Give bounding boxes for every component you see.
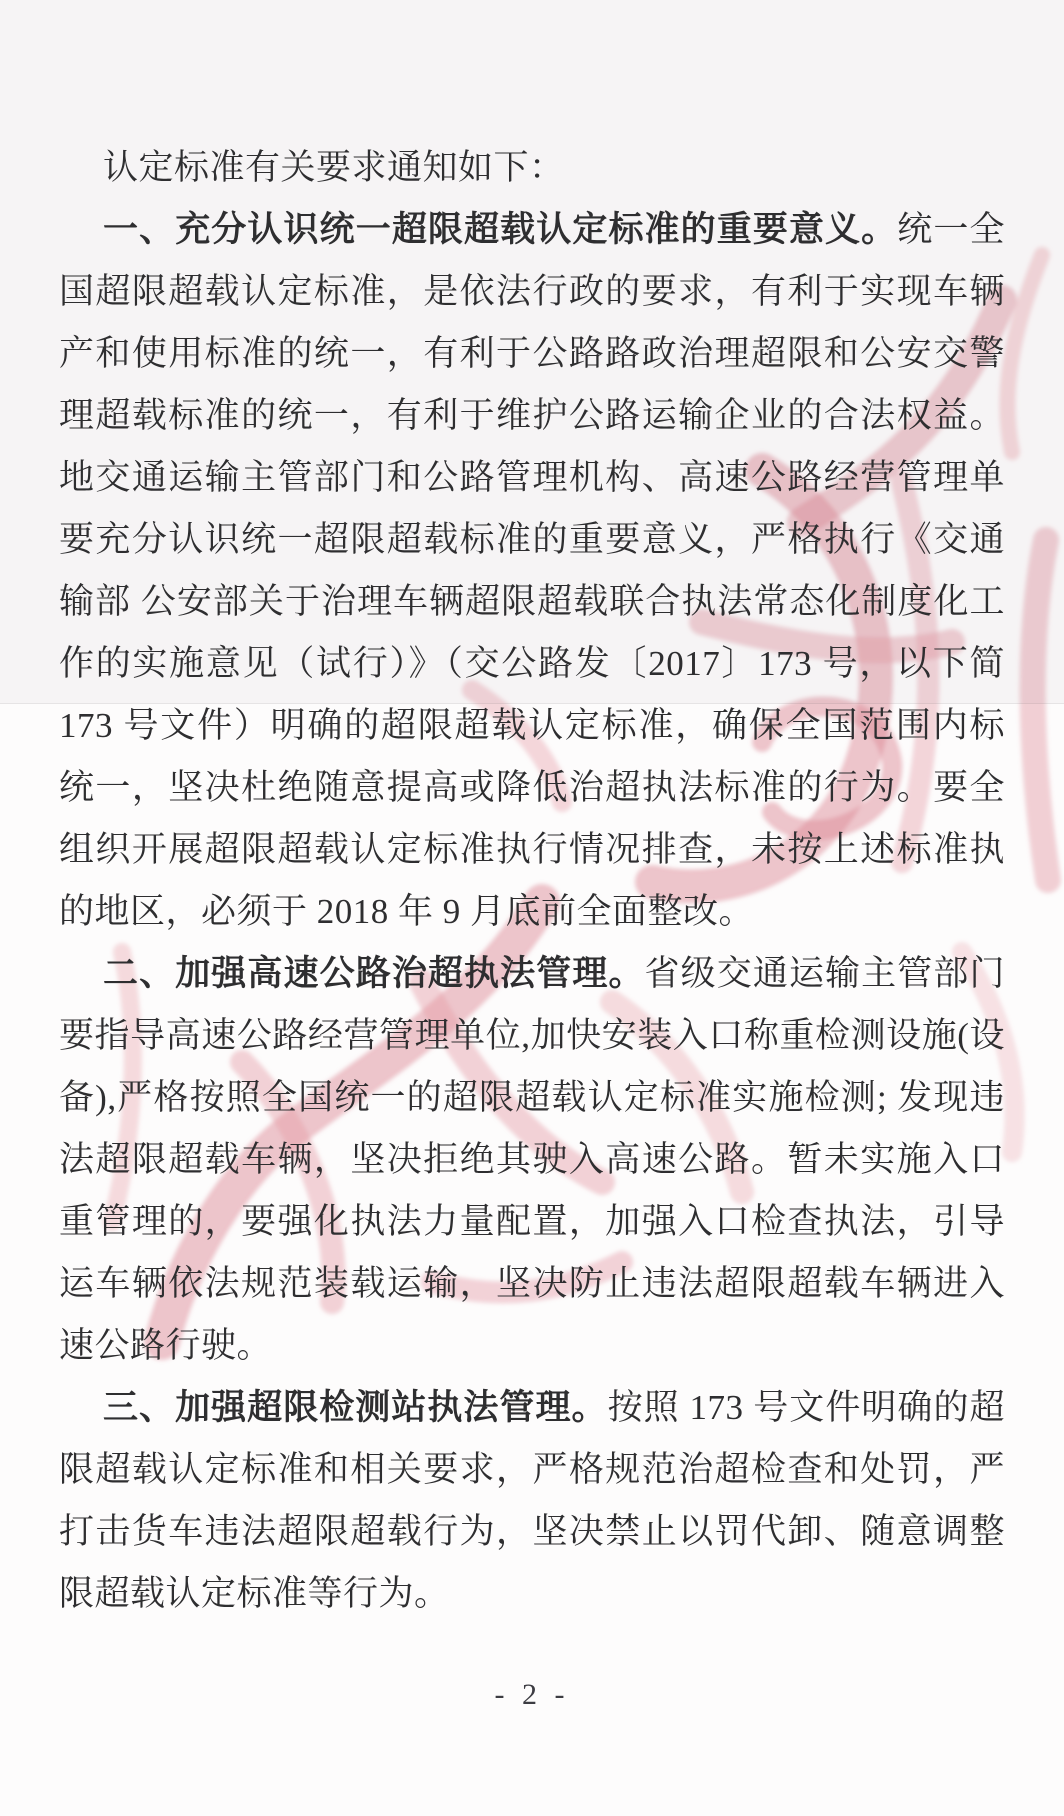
text-line: 输部 公安部关于治理车辆超限超载联合执法常态化制度化工 bbox=[59, 571, 1005, 633]
text-line: 三、加强超限检测站执法管理。按照 173 号文件明确的超 bbox=[59, 1377, 1005, 1439]
line-text: 地交通运输主管部门和公路管理机构、高速公路经营管理单位 bbox=[59, 458, 1005, 509]
text-line: 二、加强高速公路治超执法管理。省级交通运输主管部门 bbox=[59, 943, 1005, 1005]
text-line: 产和使用标准的统一，有利于公路路政治理超限和公安交警治 bbox=[59, 323, 1005, 385]
line-text: 打击货车违法超限超载行为，坚决禁止以罚代卸、随意调整超 bbox=[59, 1512, 1005, 1563]
line-text: 要充分认识统一超限超载标准的重要意义，严格执行《交通运 bbox=[59, 520, 1005, 571]
text-line: 要充分认识统一超限超载标准的重要意义，严格执行《交通运 bbox=[59, 509, 1005, 571]
line-text: 的地区，必须于 2018 年 9 月底前全面整改。 bbox=[59, 892, 754, 931]
line-text: 重管理的，要强化执法力量配置，加强入口检查执法，引导货 bbox=[59, 1202, 1005, 1253]
line-text: 理超载标准的统一，有利于维护公路运输企业的合法权益。各 bbox=[59, 396, 1005, 447]
line-text: 173 号文件）明确的超限超载认定标准，确保全国范围内标准 bbox=[59, 706, 1005, 757]
text-line: 备),严格按照全国统一的超限超载认定标准实施检测; 发现违 bbox=[59, 1067, 1005, 1129]
line-text: 输部 公安部关于治理车辆超限超载联合执法常态化制度化工 bbox=[59, 582, 1005, 621]
text-line: 限超载认定标准和相关要求，严格规范治超检查和处罚，严厉 bbox=[59, 1439, 1005, 1501]
line-text: 认定标准有关要求通知如下： bbox=[103, 148, 565, 187]
text-line: 地交通运输主管部门和公路管理机构、高速公路经营管理单位 bbox=[59, 447, 1005, 509]
line-text: 省级交通运输主管部门 bbox=[645, 954, 1005, 993]
line-text: 统一，坚决杜绝随意提高或降低治超执法标准的行为。要全面 bbox=[59, 768, 1005, 819]
heading-lead: 二、加强高速公路治超执法管理。 bbox=[103, 954, 645, 994]
text-line: 理超载标准的统一，有利于维护公路运输企业的合法权益。各 bbox=[59, 385, 1005, 447]
line-text: 要指导高速公路经营管理单位,加快安装入口称重检测设施(设 bbox=[59, 1016, 1005, 1055]
heading-lead: 一、充分认识统一超限超载认定标准的重要意义。 bbox=[103, 210, 897, 250]
document-page: 认定标准有关要求通知如下： 一、充分认识统一超限超载认定标准的重要意义。统一全 … bbox=[0, 0, 1064, 1816]
heading-lead: 三、加强超限检测站执法管理。 bbox=[103, 1388, 608, 1428]
page-number: - 2 - bbox=[0, 1678, 1064, 1712]
line-text: 按照 173 号文件明确的超 bbox=[608, 1388, 1005, 1427]
line-text: 限超载认定标准和相关要求，严格规范治超检查和处罚，严厉 bbox=[59, 1450, 1005, 1501]
line-text: 统一全 bbox=[897, 210, 1005, 249]
text-line: 一、充分认识统一超限超载认定标准的重要意义。统一全 bbox=[59, 199, 1005, 261]
text-line: 法超限超载车辆，坚决拒绝其驶入高速公路。暂未实施入口称 bbox=[59, 1129, 1005, 1191]
document-body: 认定标准有关要求通知如下： 一、充分认识统一超限超载认定标准的重要意义。统一全 … bbox=[59, 137, 1005, 1625]
line-text: 运车辆依法规范装载运输，坚决防止违法超限超载车辆进入高 bbox=[59, 1264, 1005, 1315]
text-line: 运车辆依法规范装载运输，坚决防止违法超限超载车辆进入高 bbox=[59, 1253, 1005, 1315]
line-text: 限超载认定标准等行为。 bbox=[59, 1574, 450, 1613]
line-text: 产和使用标准的统一，有利于公路路政治理超限和公安交警治 bbox=[59, 334, 1005, 385]
line-text: 速公路行驶。 bbox=[59, 1326, 272, 1365]
text-line: 的地区，必须于 2018 年 9 月底前全面整改。 bbox=[59, 881, 1005, 943]
line-text: 法超限超载车辆，坚决拒绝其驶入高速公路。暂未实施入口称 bbox=[59, 1140, 1005, 1191]
text-line: 要指导高速公路经营管理单位,加快安装入口称重检测设施(设 bbox=[59, 1005, 1005, 1067]
text-line: 作的实施意见（试行）》（交公路发〔2017〕173 号，以下简称 bbox=[59, 633, 1005, 695]
text-line: 打击货车违法超限超载行为，坚决禁止以罚代卸、随意调整超 bbox=[59, 1501, 1005, 1563]
text-line: 速公路行驶。 bbox=[59, 1315, 1005, 1377]
line-text: 备),严格按照全国统一的超限超载认定标准实施检测; 发现违 bbox=[59, 1078, 1005, 1117]
line-text: 组织开展超限超载认定标准执行情况排查，未按上述标准执行 bbox=[59, 830, 1005, 881]
line-text: 作的实施意见（试行）》（交公路发〔2017〕173 号，以下简称 bbox=[59, 644, 1005, 695]
text-line: 组织开展超限超载认定标准执行情况排查，未按上述标准执行 bbox=[59, 819, 1005, 881]
text-line: 统一，坚决杜绝随意提高或降低治超执法标准的行为。要全面 bbox=[59, 757, 1005, 819]
text-line: 限超载认定标准等行为。 bbox=[59, 1563, 1005, 1625]
line-text: 国超限超载认定标准，是依法行政的要求，有利于实现车辆生 bbox=[59, 272, 1005, 323]
text-line: 认定标准有关要求通知如下： bbox=[59, 137, 1005, 199]
text-line: 173 号文件）明确的超限超载认定标准，确保全国范围内标准 bbox=[59, 695, 1005, 757]
text-line: 国超限超载认定标准，是依法行政的要求，有利于实现车辆生 bbox=[59, 261, 1005, 323]
text-line: 重管理的，要强化执法力量配置，加强入口检查执法，引导货 bbox=[59, 1191, 1005, 1253]
